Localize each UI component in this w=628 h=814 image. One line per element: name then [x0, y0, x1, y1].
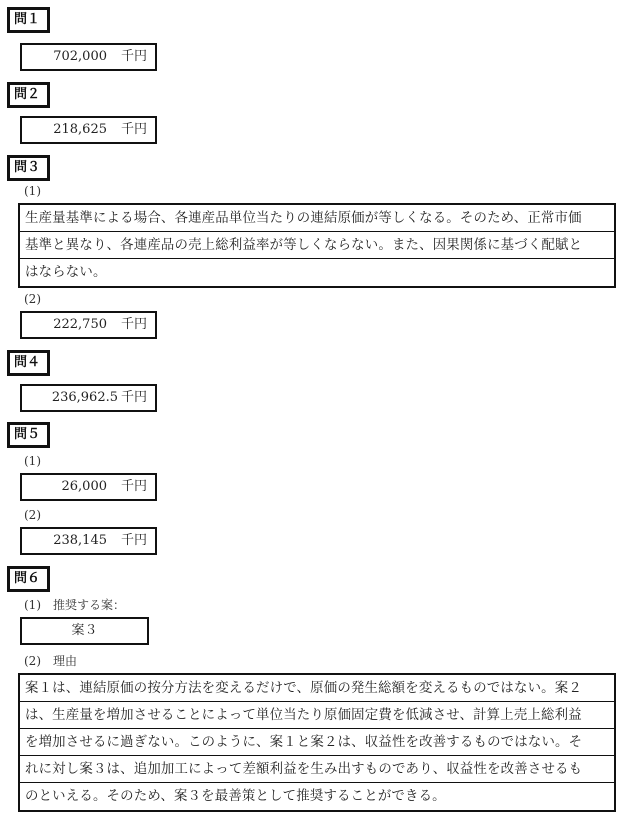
answer-line: はならない。	[20, 259, 614, 286]
question-5-label: 問５	[7, 422, 50, 448]
question-3-1-answer-textbox[interactable]: 生産量基準による場合、各連産品単位当たりの連結原価が等しくなる。そのため、正常市…	[18, 203, 616, 288]
question-3-sub-2-label: (2)	[24, 292, 41, 306]
question-4-answer-box[interactable]: 236,962.5 千円	[20, 384, 157, 412]
question-1-answer-box[interactable]: 702,000 千円	[20, 43, 157, 71]
question-3-label: 問３	[7, 155, 50, 181]
answer-line: 生産量基準による場合、各連産品単位当たりの連結原価が等しくなる。そのため、正常市…	[20, 205, 614, 232]
question-6-sub-2-label: (2) 理由	[24, 654, 77, 668]
answer-line: 基準と異なり、各連産品の売上総利益率が等しくならない。また、因果関係に基づく配賦…	[20, 232, 614, 259]
question-2-label: 問２	[7, 82, 50, 108]
answer-value: 222,750	[53, 313, 107, 337]
answer-unit: 千円	[121, 529, 147, 553]
question-6-label: 問６	[7, 566, 50, 592]
answer-unit: 千円	[121, 475, 147, 499]
question-4-label: 問４	[7, 350, 50, 376]
question-2-answer-box[interactable]: 218,625 千円	[20, 116, 157, 144]
answer-unit: 千円	[121, 313, 147, 337]
answer-value: 238,145	[53, 529, 107, 553]
question-6-2-answer-textbox[interactable]: 案１は、連結原価の按分方法を変えるだけで、原価の発生総額を変えるものではない。案…	[18, 673, 616, 812]
question-5-sub-1-label: (1)	[24, 454, 41, 468]
answer-line: は、生産量を増加させることによって単位当たり原価固定費を低減させ、計算上売上総利…	[20, 702, 614, 729]
answer-value: 702,000	[53, 45, 107, 69]
answer-line: 案１は、連結原価の按分方法を変えるだけで、原価の発生総額を変えるものではない。案…	[20, 675, 614, 702]
answer-line: を増加させるに過ぎない。このように、案１と案２は、収益性を改善するものではない。…	[20, 729, 614, 756]
answer-value: 26,000	[62, 475, 108, 499]
question-5-1-answer-box[interactable]: 26,000 千円	[20, 473, 157, 501]
question-1-label: 問１	[7, 7, 50, 33]
question-5-2-answer-box[interactable]: 238,145 千円	[20, 527, 157, 555]
answer-unit: 千円	[121, 118, 147, 142]
answer-line: れに対し案３は、追加加工によって差額利益を生み出すものであり、収益性を改善させる…	[20, 756, 614, 783]
answer-line: のといえる。そのため、案３を最善策として推奨することができる。	[20, 783, 614, 810]
answer-value: 218,625	[53, 118, 107, 142]
answer-unit: 千円	[121, 386, 147, 410]
answer-value: 236,962.5	[52, 386, 118, 410]
recommended-plan: 案３	[71, 623, 97, 638]
question-5-sub-2-label: (2)	[24, 508, 41, 522]
question-6-1-answer-box[interactable]: 案３	[20, 617, 149, 645]
question-3-sub-1-label: (1)	[24, 184, 41, 198]
answer-unit: 千円	[121, 45, 147, 69]
question-6-sub-1-label: (1) 推奨する案：	[24, 598, 125, 612]
question-3-2-answer-box[interactable]: 222,750 千円	[20, 311, 157, 339]
